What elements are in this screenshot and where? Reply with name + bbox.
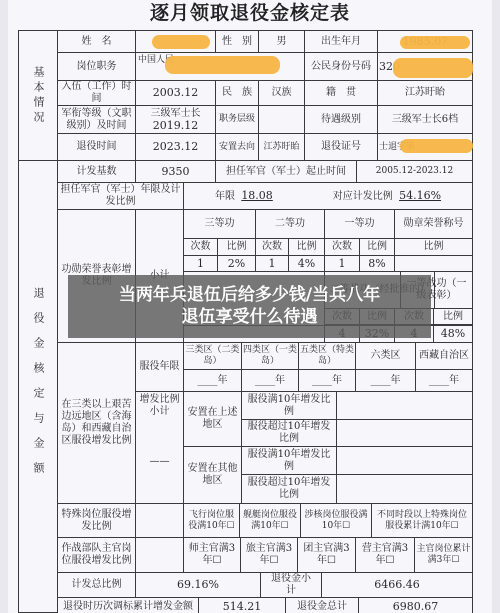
adjust-label: 退役时历次调标累计增发金额 [57,597,199,613]
placed-other-full10: 服役满10年增发比例 [241,446,337,475]
id-label: 公民身份号码 [304,52,378,81]
retire-value: 2023.12 [135,133,216,161]
grand-total-label: 退役金总计 [285,597,359,613]
grand-total-value: 6980.67 [358,597,473,613]
combat-cumulative[interactable]: 主官岗位累计满3年☐ [414,537,473,573]
merit-medal-ratio [394,255,473,272]
merit-header-2nd: 二等功 [255,209,325,239]
zone-tibet-years: ____年 [415,369,473,392]
zone-3-years: ____年 [183,369,242,392]
rank-value: 三级军士长 [151,108,201,120]
ratio-header: 比例 [288,238,325,256]
caption-line-2: 退伍享受什么待遇 [68,306,431,328]
zone-6-years: ____年 [355,369,416,392]
duty-level-label: 职务层级 [215,105,259,134]
name-label: 姓 名 [57,30,136,53]
merit-3rd-ratio: 2% [217,255,256,272]
count-header: 次数 [183,238,218,256]
rank-cell: 三级军士长 2019.12 [135,105,216,134]
ratio-header: 比例 [433,308,473,325]
merit-2nd-count: 1 [255,255,289,272]
overlay-caption: 当两年兵退伍后给多少钱/当兵八年 退伍享受什么待遇 [68,275,431,338]
placement-value: 江苏盱眙 [258,133,305,161]
rank-date: 2019.12 [153,120,199,132]
combat-battalion[interactable]: 营主官满3年☐ [355,537,415,573]
total-ratio-label: 计发总比例 [57,572,136,598]
merit-3rd-count: 1 [183,255,218,272]
placed-other-full10-value [336,446,473,475]
years-cell: 年限 18.08 对应计发比例 54.16% [183,182,473,210]
merit-header-3rd: 三等功 [183,209,256,239]
total-ratio-value: 69.16% [135,572,261,598]
special-ship[interactable]: 舰艇岗位服役满10年☐ [239,503,301,538]
special-value [135,503,184,538]
origin-label: 籍 贯 [304,80,378,106]
merit-1st-ratio: 8% [359,255,395,272]
section-pension: 退役金核定与金额 [18,160,58,613]
period-label: 担任军官（军士）起止时间 [215,160,357,183]
adjust-value: 514.21 [198,597,286,613]
redaction-id [393,58,473,78]
zone-5-years: ____年 [298,369,356,392]
ethnic-label: 民 族 [215,80,259,106]
retire-label: 退役时间 [57,133,136,161]
merit-header-medal: 勋章荣誉称号 [394,209,473,239]
gender-value: 男 [258,30,305,53]
enlist-value: 2003.12 [135,80,216,106]
increase-subtotal-label: 增发比例小计 [137,394,182,418]
placed-other-over10: 服役超过10年增发比例 [241,474,337,504]
placed-here-full10: 服役满10年增发比例 [241,391,337,420]
document-title: 逐月领取退役金核定表 [0,0,500,28]
count-header: 次数 [255,238,289,256]
section-pension-label: 退役金核定与金额 [29,287,47,487]
rank-label: 军衔等级（文职级别）及时间 [57,105,136,134]
service-years-label: 服役年限 [135,342,184,392]
section-basic-info: 基本情况 [18,30,58,161]
gender-label: 性 别 [215,30,259,53]
count-header: 次数 [324,238,360,256]
caption-line-1: 当两年兵退伍后给多少钱/当兵八年 [68,284,431,306]
combat-label: 作战部队主官岗位服役增发比例 [57,537,136,573]
combat-brigade[interactable]: 旅主官满3年☐ [240,537,298,573]
combat-value [135,537,184,573]
placed-here-over10: 服役超过10年增发比例 [241,419,337,447]
origin-value: 江苏盱眙 [377,80,473,106]
ratio-header: 比例 [359,238,395,256]
merit-header-1st: 一等功 [324,209,395,239]
section-basic-label: 基本情况 [29,66,47,126]
cert-label: 退役证号 [304,133,378,161]
placed-here-full10-value [336,391,473,420]
zone-6: 六类区 [355,342,416,370]
placed-other-label: 安置在其他地区 [183,446,242,504]
ratio-prefix: 对应计发比例 [333,191,393,202]
zone-4: 四类区（一类岛） [241,342,299,370]
increase-subtotal-dash: —— [150,456,170,468]
treatment-label: 待遇级别 [304,105,378,134]
post-label: 岗位职务 [57,52,136,81]
years-label: 担任军官（军士）年限及计发比例 [57,182,184,210]
treatment-value: 三级军士长6档 [377,105,473,134]
period-value: 2005.12-2023.12 [356,160,473,183]
ratio-value: 54.16% [399,189,441,202]
subtotal-value: 6466.46 [321,572,473,598]
special-nuclear[interactable]: 涉核岗位服役满10年☐ [300,503,372,538]
subtotal-label: 退役金小 计 [260,572,322,598]
zone-tibet: 西藏自治区 [415,342,473,370]
enlist-label: 入伍（工作）时 间 [57,80,136,106]
years-prefix: 年限 [215,191,235,202]
redaction-name [152,35,210,49]
redaction-cert [400,139,473,153]
increase-subtotal-cell: 增发比例小计 —— [135,391,184,504]
hardship-label: 在三类以上艰苦边远地区（含海岛）和西藏自治区服役增发比例 [57,342,136,504]
zone-3: 三类区（二类岛） [183,342,242,370]
merit-1st-combat-ratio: 48% [433,325,473,343]
base-label: 计发基数 [57,160,136,183]
ratio-header: 比例 [217,238,256,256]
special-flight[interactable]: 飞行岗位服役满10年☐ [183,503,240,538]
zone-4-years: ____年 [241,369,299,392]
ratio-header: 比例 [394,238,473,256]
merit-2nd-ratio: 4% [288,255,325,272]
birth-label: 出生年月 [304,30,378,53]
placed-other-over10-value [336,474,473,504]
ethnic-value: 汉族 [258,80,305,106]
combat-regiment[interactable]: 团主官满3年☐ [297,537,356,573]
special-label: 特殊岗位服役增发比例 [57,503,136,538]
redaction-post [165,56,280,74]
placed-here-label: 安置在上述地区 [183,391,242,447]
placed-here-over10-value [336,419,473,447]
base-value: 9350 [135,160,216,183]
merit-1st-count: 1 [324,255,360,272]
placement-label: 安置去向 [215,133,259,161]
years-value: 18.08 [241,189,273,202]
zone-5: 五类区（特类岛） [298,342,356,370]
redaction-birth [400,36,470,49]
combat-division[interactable]: 师主官满3年☐ [183,537,241,573]
special-cumulative[interactable]: 不同时段以上特殊岗位服役累计满10年☐ [371,503,473,538]
duty-level-value [258,105,305,134]
